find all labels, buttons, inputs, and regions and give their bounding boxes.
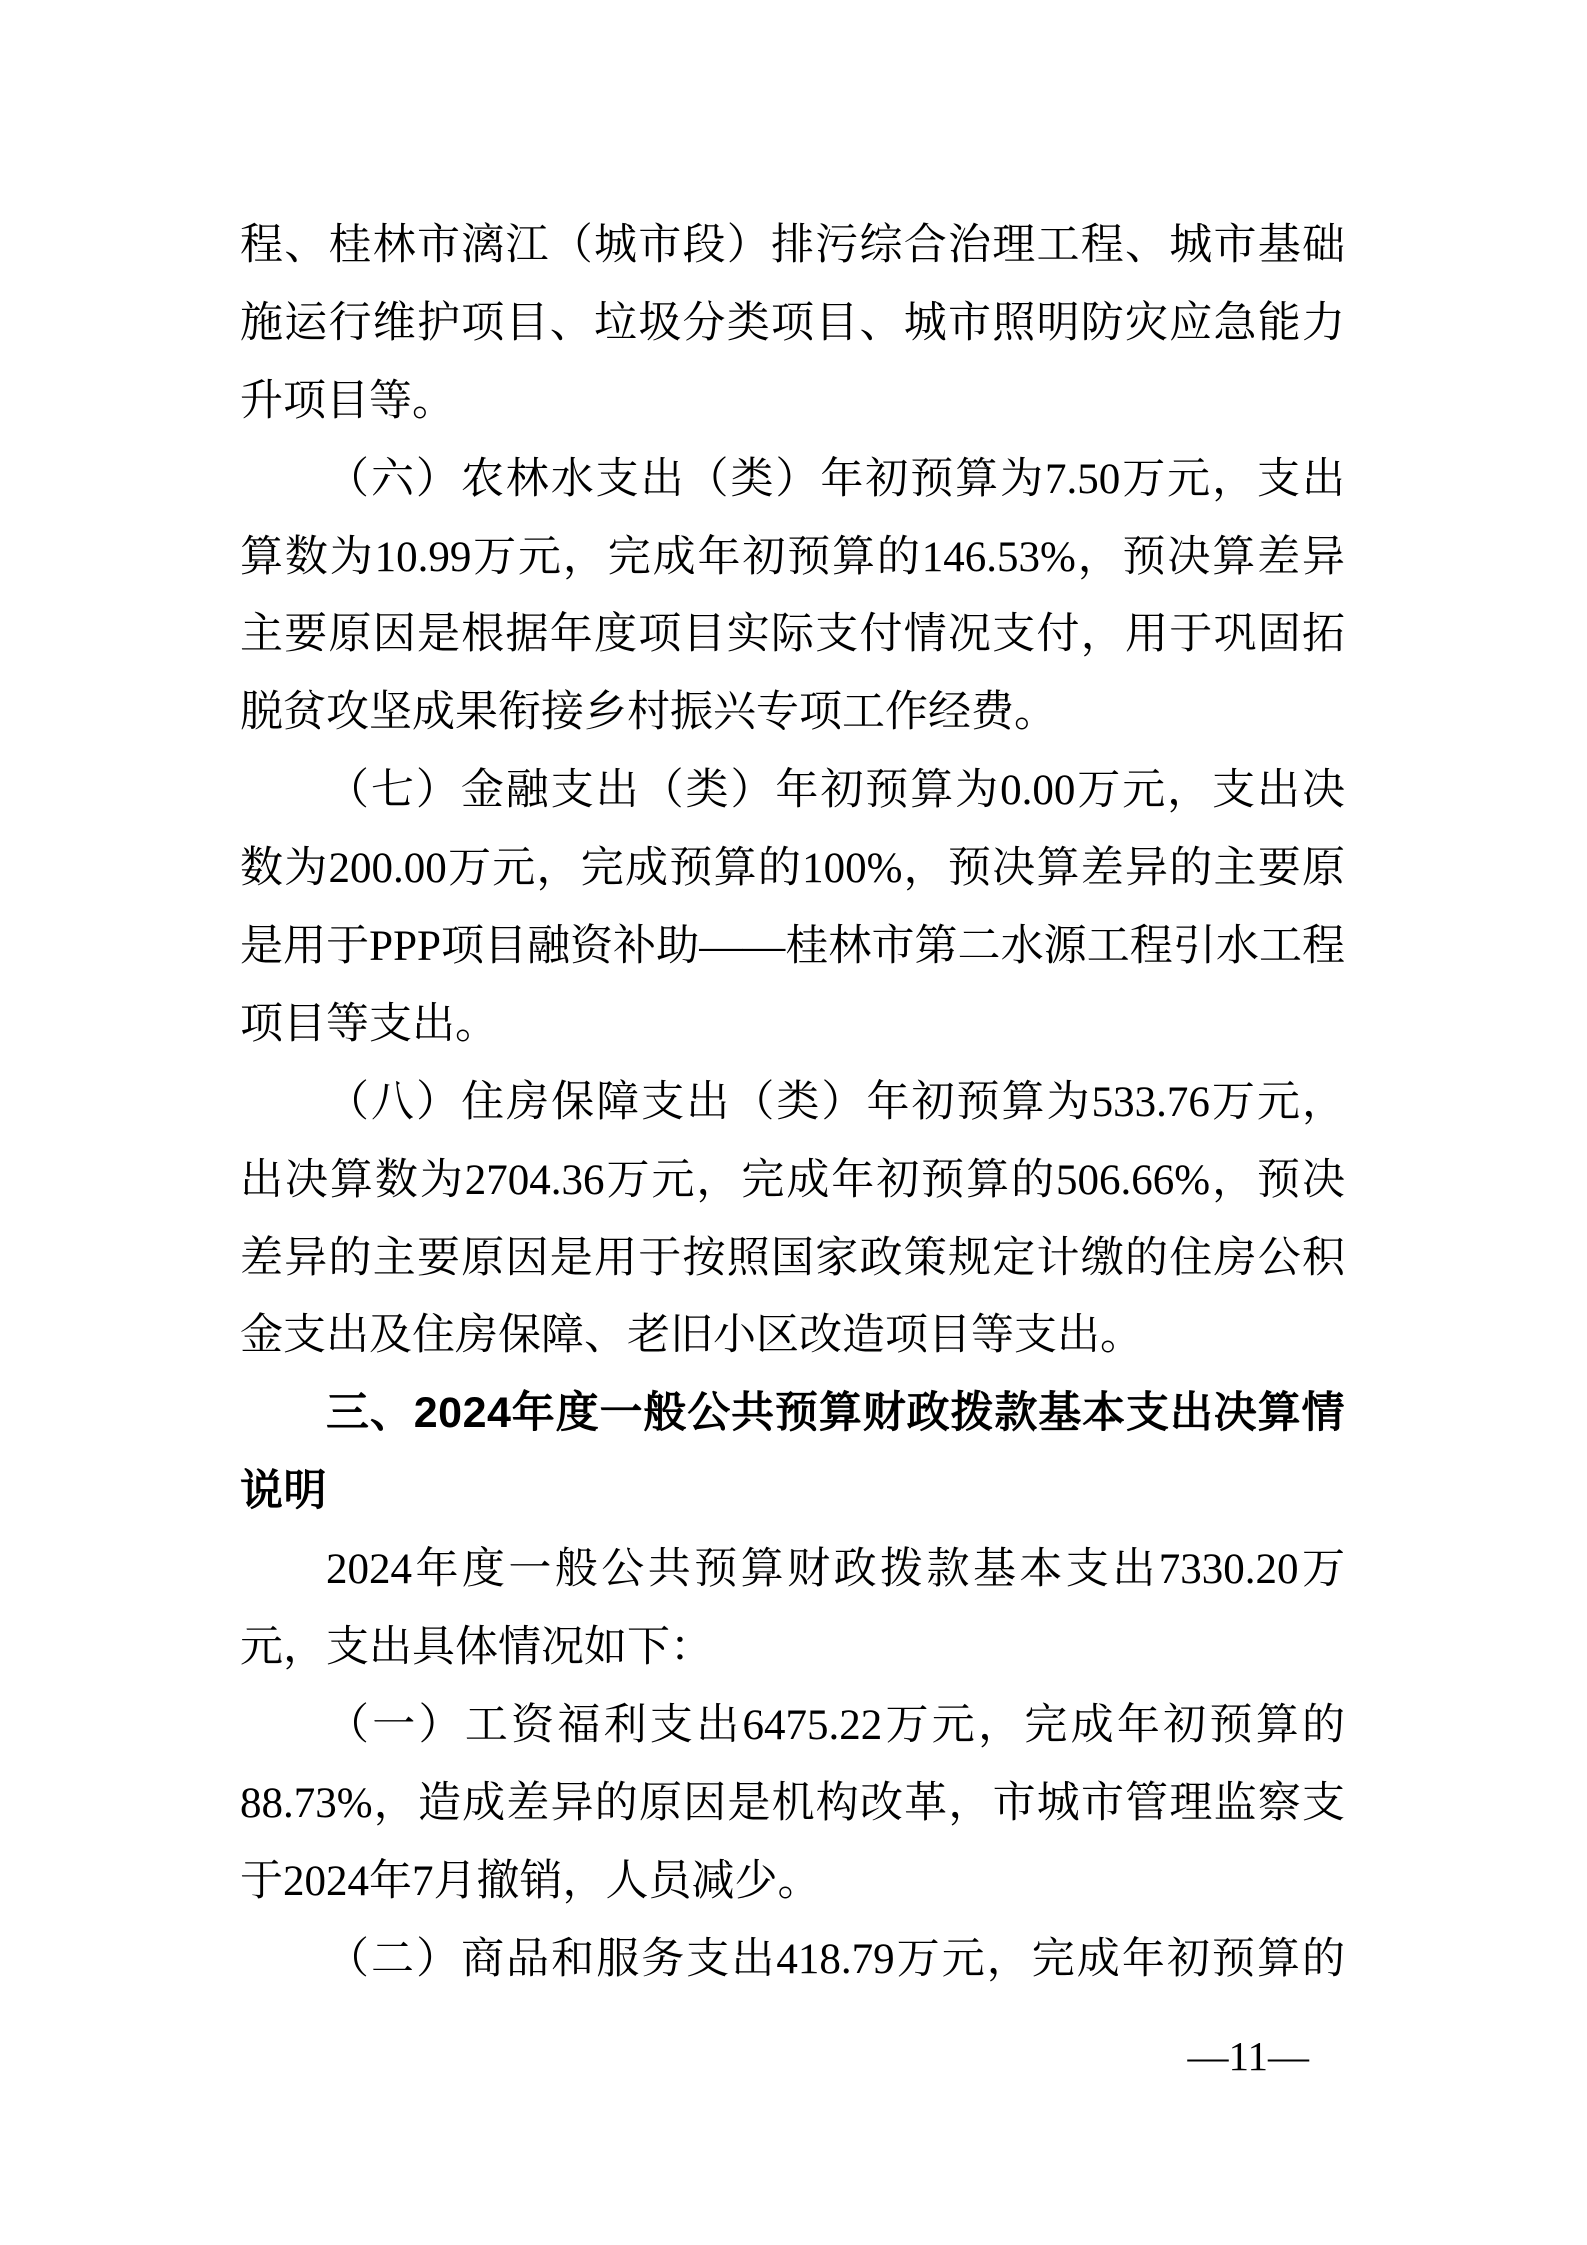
heading-line: 三、2024年度一般公共预算财政拨款基本支出决算情况 (240, 1375, 1345, 1453)
text-line: 算数为10.99万元，完成年初预算的146.53%，预决算差异的 (240, 519, 1345, 597)
text-line: （八）住房保障支出（类）年初预算为533.76万元，支 (240, 1064, 1345, 1142)
text-line: （六）农林水支出（类）年初预算为7.50万元，支出决 (240, 441, 1345, 519)
text-line: 于2024年7月撤销，人员减少。 (240, 1843, 1345, 1921)
text-line: 出决算数为2704.36万元，完成年初预算的506.66%，预决算 (240, 1142, 1345, 1220)
text-line: 88.73%，造成差异的原因是机构改革，市城市管理监察支队 (240, 1765, 1345, 1843)
page: 程、桂林市漓江（城市段）排污综合治理工程、城市基础设施运行维护项目、垃圾分类项目… (0, 0, 1587, 2245)
text-line: 数为200.00万元，完成预算的100%，预决算差异的主要原因 (240, 830, 1345, 908)
text-line: 项目等支出。 (240, 986, 1345, 1064)
text-line: 2024年度一般公共预算财政拨款基本支出7330.20万 (240, 1531, 1345, 1609)
text-line: 是用于PPP项目融资补助——桂林市第二水源工程引水工程 (240, 908, 1345, 986)
page-number: —11— (1188, 2033, 1309, 2079)
text-line: 施运行维护项目、垃圾分类项目、城市照明防灾应急能力提 (240, 285, 1345, 363)
text-line: （一）工资福利支出6475.22万元，完成年初预算的 (240, 1687, 1345, 1765)
text-line: 金支出及住房保障、老旧小区改造项目等支出。 (240, 1297, 1345, 1375)
heading-line: 说明 (240, 1453, 1345, 1531)
text-line: 主要原因是根据年度项目实际支付情况支付，用于巩固拓展 (240, 596, 1345, 674)
text-line: （二）商品和服务支出418.79万元，完成年初预算的 (240, 1921, 1345, 1999)
text-line: 元，支出具体情况如下： (240, 1609, 1345, 1687)
text-line: （七）金融支出（类）年初预算为0.00万元，支出决算 (240, 752, 1345, 830)
text-line: 升项目等。 (240, 363, 1345, 441)
text-line: 差异的主要原因是用于按照国家政策规定计缴的住房公积 (240, 1220, 1345, 1298)
document-body: 程、桂林市漓江（城市段）排污综合治理工程、城市基础设施运行维护项目、垃圾分类项目… (240, 207, 1345, 1998)
text-line: 程、桂林市漓江（城市段）排污综合治理工程、城市基础设 (240, 207, 1345, 285)
text-line: 脱贫攻坚成果衔接乡村振兴专项工作经费。 (240, 674, 1345, 752)
